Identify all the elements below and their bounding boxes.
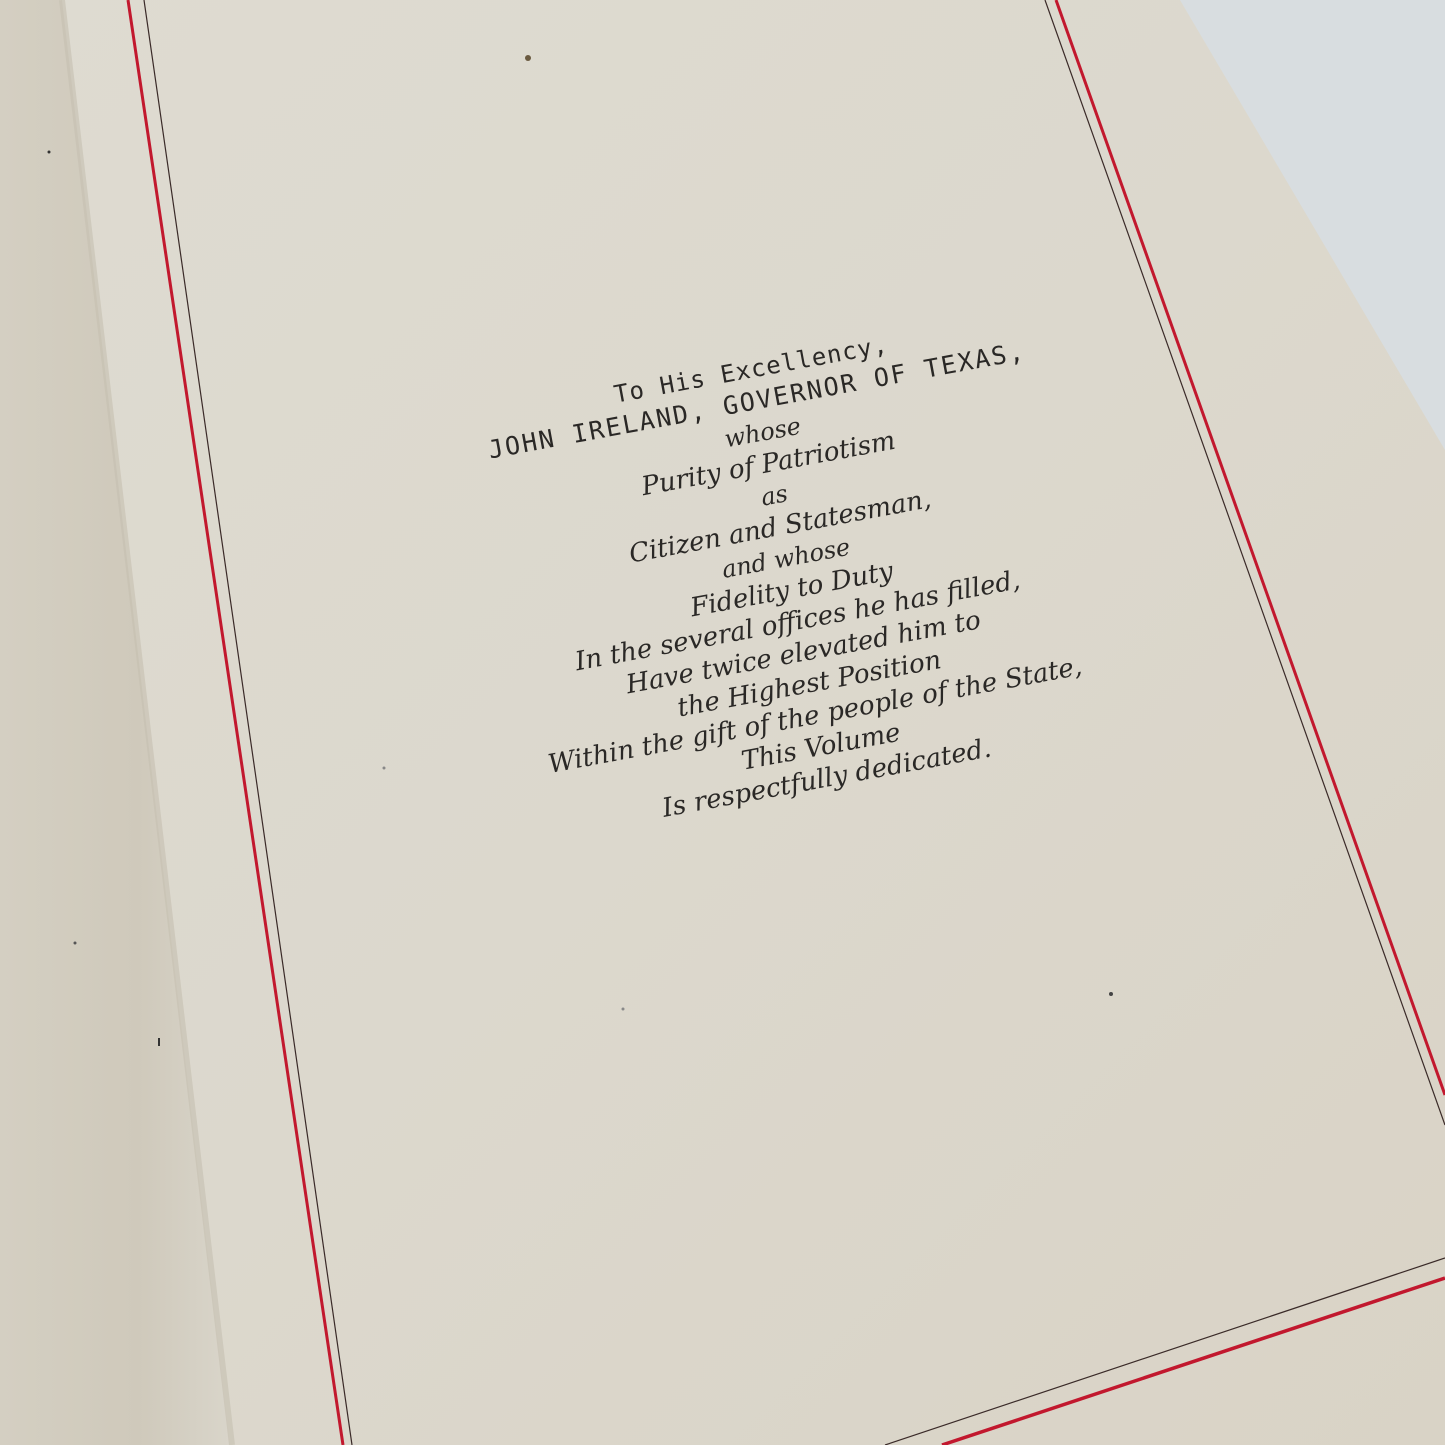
paper-speck xyxy=(48,151,51,154)
paper-speck xyxy=(1109,992,1113,996)
paper-speck xyxy=(74,942,77,945)
paper-speck xyxy=(158,1038,160,1046)
book-photo: To His Excellency, JOHN IRELAND, GOVERNO… xyxy=(0,0,1445,1445)
paper-speck xyxy=(525,55,531,61)
paper-speck xyxy=(383,767,386,770)
paper-speck xyxy=(622,1008,625,1011)
